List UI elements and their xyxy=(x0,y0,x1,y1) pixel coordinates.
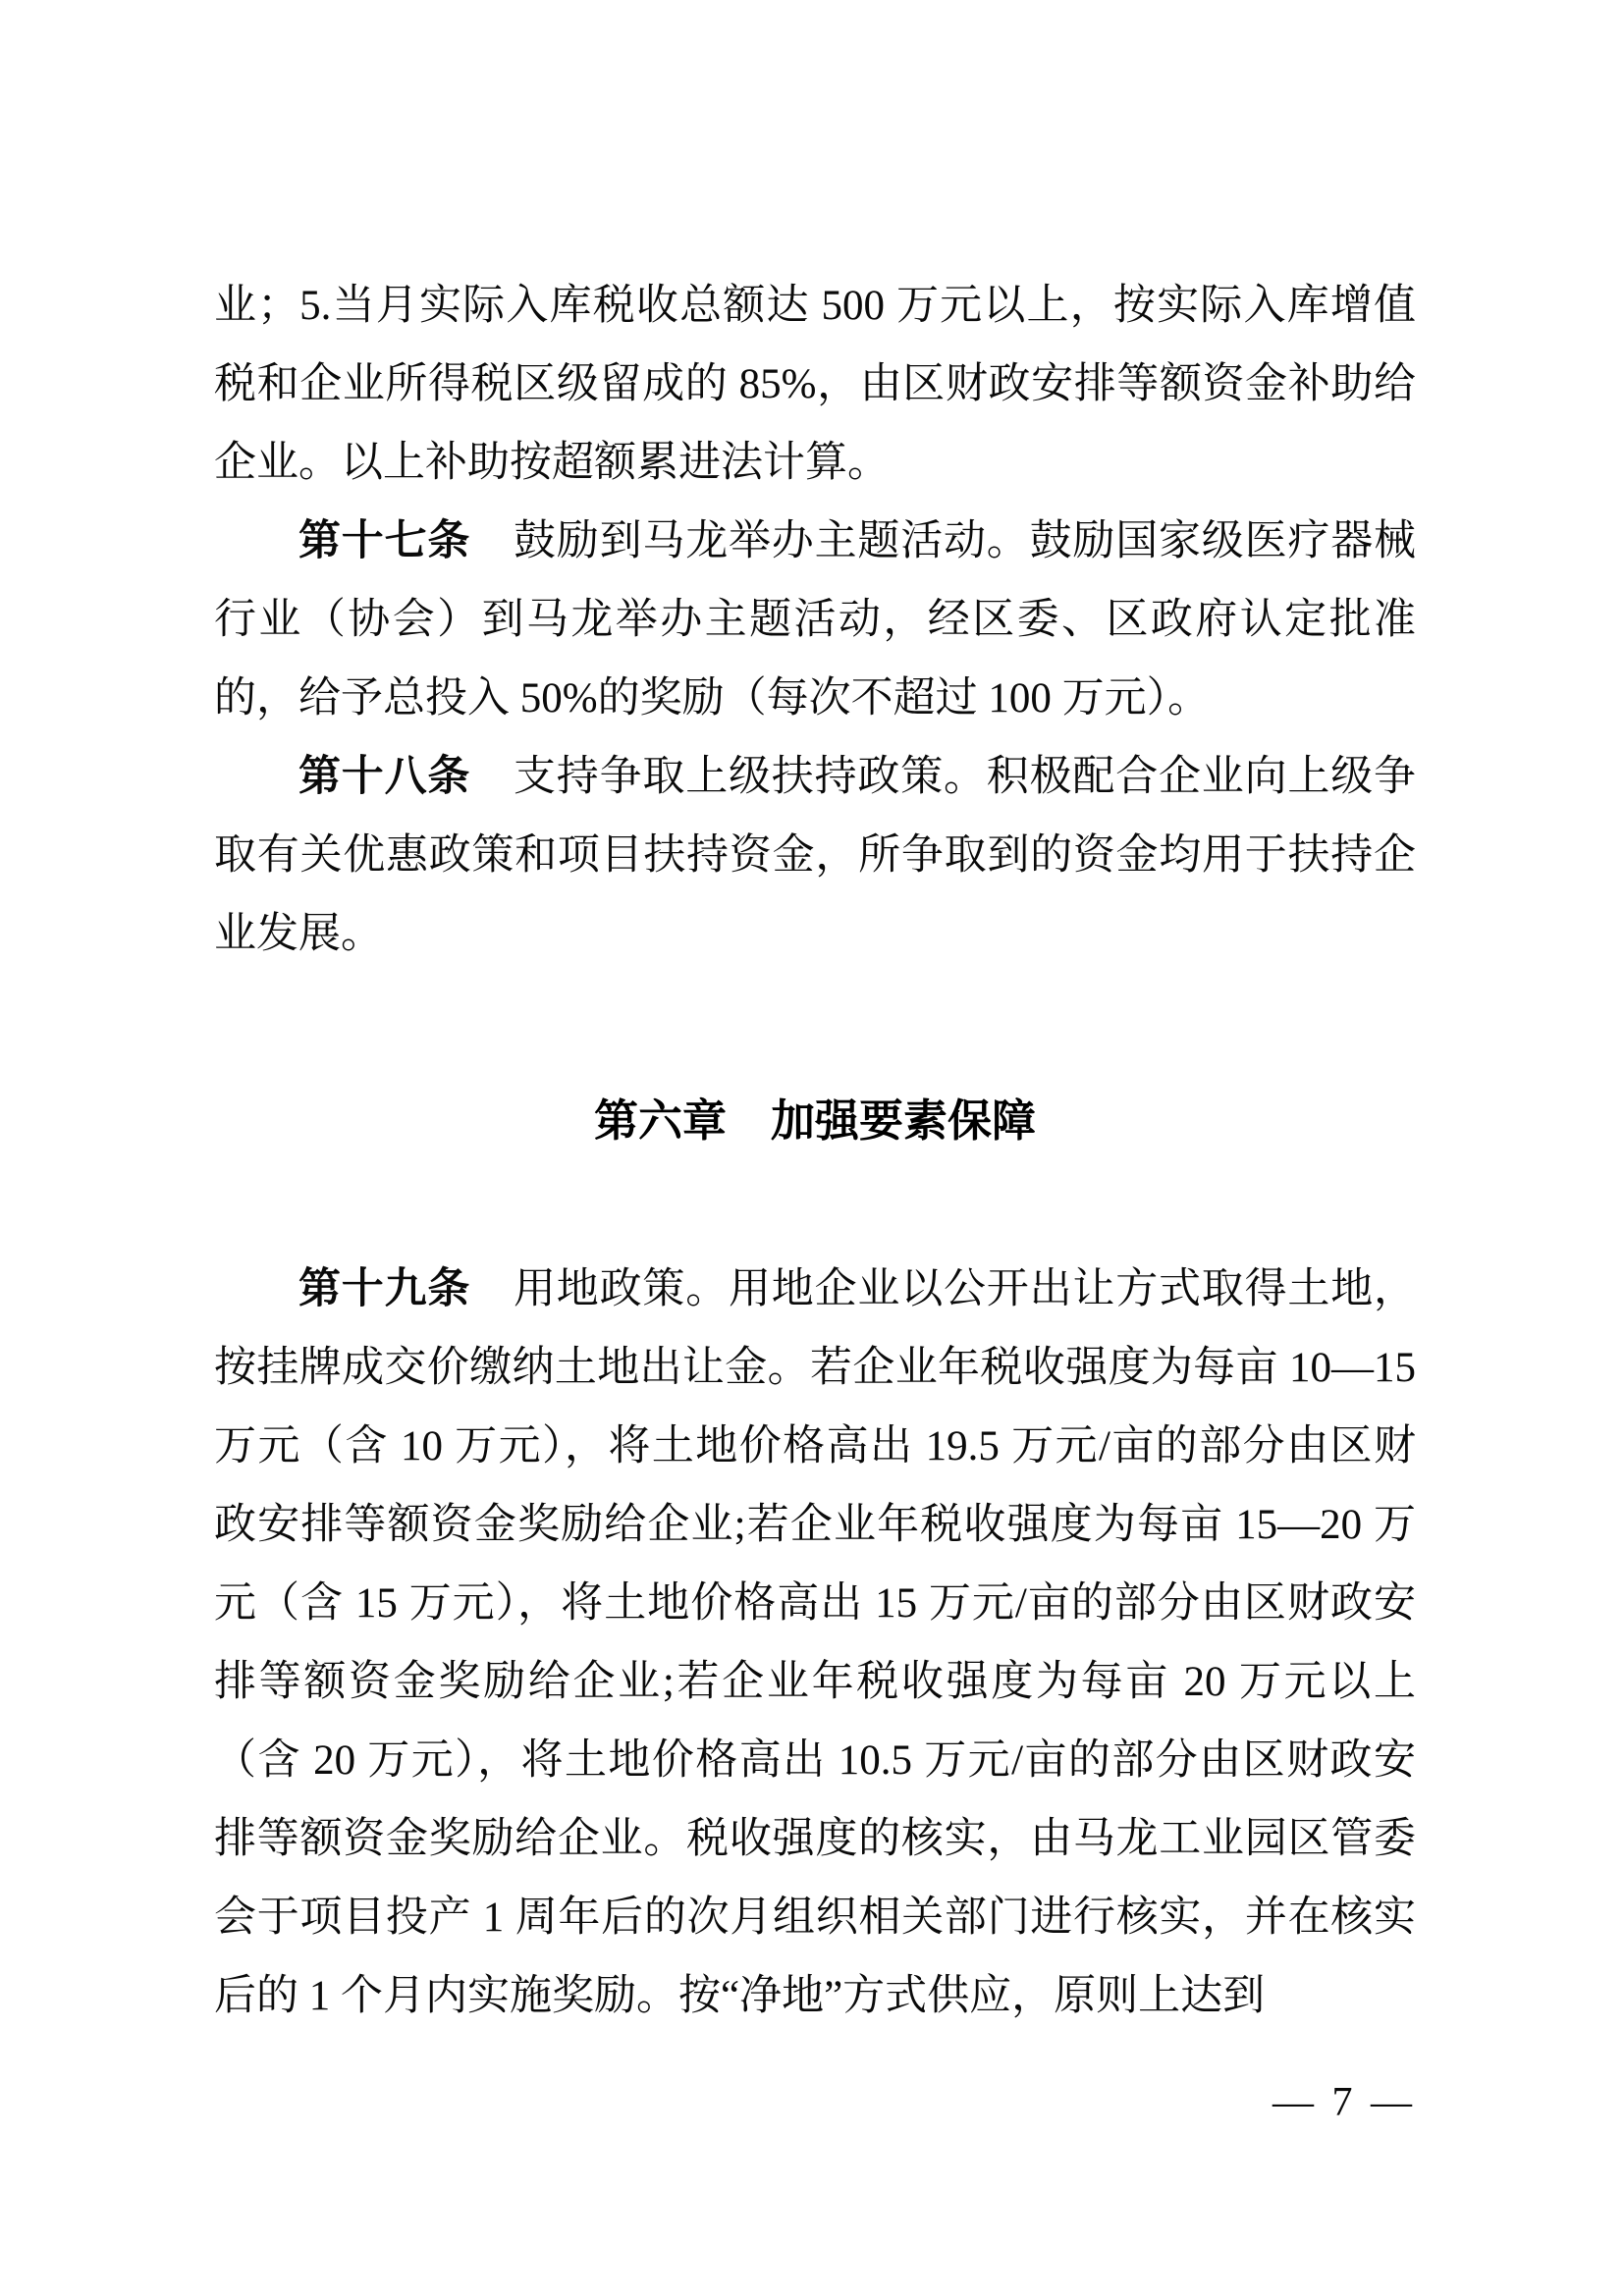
article-number: 第六章 加强要素保障 xyxy=(594,1095,1036,1146)
document-page: 业；5.当月实际入库税收总额达 500 万元以上，按实际入库增值税和企业所得税区… xyxy=(0,0,1624,2296)
paragraph: 业；5.当月实际入库税收总额达 500 万元以上，按实际入库增值税和企业所得税区… xyxy=(214,267,1416,503)
article-number: 第十九条 xyxy=(298,1266,470,1312)
paragraph: 第十八条 支持争取上级扶持政策。积极配合企业向上级争取有关优惠政策和项目扶持资金… xyxy=(214,738,1416,974)
document-body: 业；5.当月实际入库税收总额达 500 万元以上，按实际入库增值税和企业所得税区… xyxy=(214,267,1416,2036)
page-number: — 7 — xyxy=(1272,2079,1416,2126)
paragraph-text: 用地政策。用地企业以公开出让方式取得土地，按挂牌成交价缴纳土地出让金。若企业年税… xyxy=(214,1266,1416,2019)
article-number: 第十八条 xyxy=(298,754,470,800)
paragraph: 第十九条 用地政策。用地企业以公开出让方式取得土地，按挂牌成交价缴纳土地出让金。… xyxy=(214,1251,1416,2036)
paragraph: 第十七条 鼓励到马龙举办主题活动。鼓励国家级医疗器械行业（协会）到马龙举办主题活… xyxy=(214,503,1416,738)
chapter-heading: 第六章 加强要素保障 xyxy=(214,1082,1416,1160)
paragraph-text: 业；5.当月实际入库税收总额达 500 万元以上，按实际入库增值税和企业所得税区… xyxy=(214,283,1416,486)
article-number: 第十七条 xyxy=(298,518,470,564)
